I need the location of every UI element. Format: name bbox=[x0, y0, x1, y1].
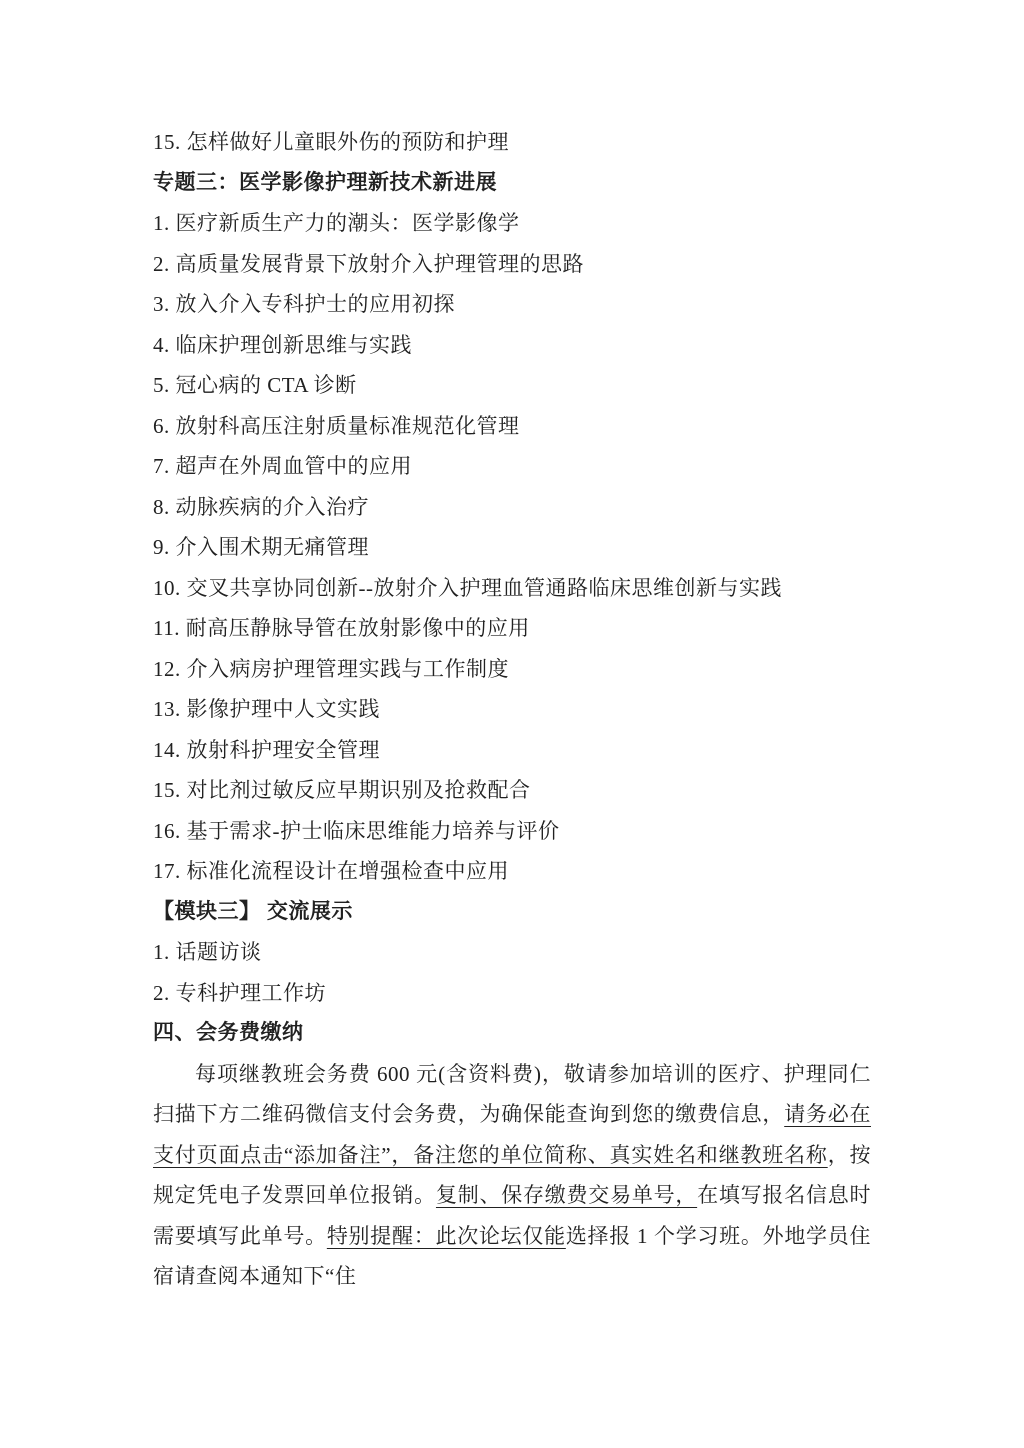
list-item: 3. 放入介入专科护士的应用初探 bbox=[153, 284, 871, 325]
document-page: 15. 怎样做好儿童眼外伤的预防和护理 专题三：医学影像护理新技术新进展 1. … bbox=[0, 0, 1024, 1448]
list-item: 5. 冠心病的 CTA 诊断 bbox=[153, 365, 871, 406]
paragraph-segment-underlined: 特别提醒：此次论坛仅能 bbox=[327, 1224, 566, 1248]
list-item: 4. 临床护理创新思维与实践 bbox=[153, 325, 871, 366]
paragraph-segment: 每项继教班会务费 600 元(含资料费)，敬请参加培训的医疗、护理同仁扫描下方二… bbox=[153, 1062, 871, 1127]
list-item: 2. 高质量发展背景下放射介入护理管理的思路 bbox=[153, 244, 871, 285]
document-content: 15. 怎样做好儿童眼外伤的预防和护理 专题三：医学影像护理新技术新进展 1. … bbox=[153, 122, 871, 1297]
section-heading-fees: 四、会务费缴纳 bbox=[153, 1013, 871, 1054]
list-item: 10. 交叉共享协同创新--放射介入护理血管通路临床思维创新与实践 bbox=[153, 568, 871, 609]
list-item: 17. 标准化流程设计在增强检查中应用 bbox=[153, 851, 871, 892]
fee-payment-paragraph: 每项继教班会务费 600 元(含资料费)，敬请参加培训的医疗、护理同仁扫描下方二… bbox=[153, 1054, 871, 1297]
section-heading-module3: 【模块三】 交流展示 bbox=[153, 892, 871, 933]
list-item: 13. 影像护理中人文实践 bbox=[153, 689, 871, 730]
paragraph-segment-underlined: 复制、保存缴费交易单号， bbox=[436, 1183, 697, 1207]
list-item: 16. 基于需求-护士临床思维能力培养与评价 bbox=[153, 811, 871, 852]
list-item: 1. 话题访谈 bbox=[153, 932, 871, 973]
section-heading-topic3: 专题三：医学影像护理新技术新进展 bbox=[153, 163, 871, 204]
list-item: 15. 对比剂过敏反应早期识别及抢救配合 bbox=[153, 770, 871, 811]
list-item: 2. 专科护理工作坊 bbox=[153, 973, 871, 1014]
list-item: 8. 动脉疾病的介入治疗 bbox=[153, 487, 871, 528]
list-item: 15. 怎样做好儿童眼外伤的预防和护理 bbox=[153, 122, 871, 163]
list-item: 7. 超声在外周血管中的应用 bbox=[153, 446, 871, 487]
list-item: 6. 放射科高压注射质量标准规范化管理 bbox=[153, 406, 871, 447]
list-item: 14. 放射科护理安全管理 bbox=[153, 730, 871, 771]
list-item: 1. 医疗新质生产力的潮头：医学影像学 bbox=[153, 203, 871, 244]
list-item: 12. 介入病房护理管理实践与工作制度 bbox=[153, 649, 871, 690]
list-item: 11. 耐高压静脉导管在放射影像中的应用 bbox=[153, 608, 871, 649]
list-item: 9. 介入围术期无痛管理 bbox=[153, 527, 871, 568]
